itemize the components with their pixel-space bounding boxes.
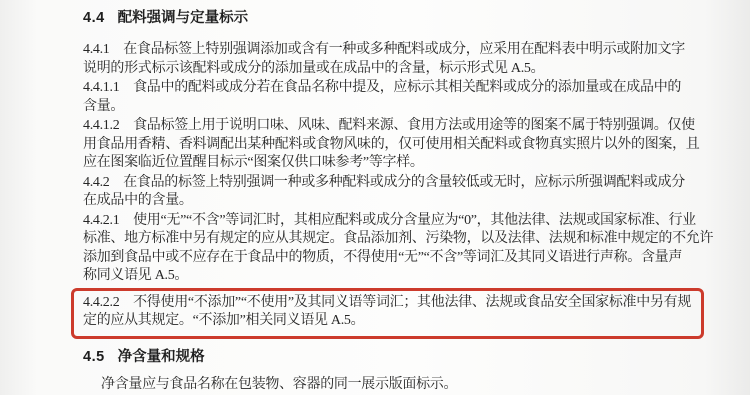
section-title: 净含量和规格 <box>118 349 205 365</box>
clause-paragraph-4.4.1: 4.4.1 在食品标签上特别强调添加或含有一种或多种配料或成分，应采用在配料表中… <box>83 41 743 78</box>
highlight-box-clause-4.4.2.2: 4.4.2.2 不得使用“不添加”“不使用”及其同义语等词汇；其他法律、法规或食… <box>71 288 704 339</box>
clause-paragraph-4.4.1.1: 4.4.1.1 食品中的配料或成分若在食品名称中提及，应标示其相关配料或成分的添… <box>83 79 743 116</box>
text-line: 说明的形式标示该配料或成分的添加量或在成品中的含量，标示形式见 A.5。 <box>83 60 743 79</box>
document-content: 4.4配料强调与定量标示4.4.1 在食品标签上特别强调添加或含有一种或多种配料… <box>83 8 743 395</box>
text-line: 净含量应与食品名称在包装物、容器的同一展示版面标示。 <box>101 376 743 395</box>
section-title: 配料强调与定量标示 <box>118 10 249 26</box>
text-line: 4.4.1 在食品标签上特别强调添加或含有一种或多种配料或成分，应采用在配料表中… <box>83 41 743 60</box>
text-line: 4.4.2.1 使用“无”“不含”等词汇时，其相应配料或成分含量应为“0”，其他… <box>83 212 743 231</box>
text-line: 添加到食品中或不应存在于食品中的物质，不得使用“无”“不含”等词汇及其同义语进行… <box>83 249 743 268</box>
clause-paragraph-4.4.1.2: 4.4.1.2 食品标签上用于说明口味、风味、配料来源、食用方法或用途等的图案不… <box>83 117 743 173</box>
section-number: 4.4 <box>83 10 105 26</box>
clause-paragraph-4.4.2.1: 4.4.2.1 使用“无”“不含”等词汇时，其相应配料或成分含量应为“0”，其他… <box>83 212 743 286</box>
text-line: 含量。 <box>83 98 743 117</box>
text-line: 在成品中的含量。 <box>83 192 743 211</box>
text-line: 定的应从其规定。“不添加”相关同义语见 A.5。 <box>83 312 691 331</box>
text-line: 标准、地方标准中另有规定的应从其规定。食品添加剂、污染物，以及法律、法规和标准中… <box>83 230 743 249</box>
document-page: 4.4配料强调与定量标示4.4.1 在食品标签上特别强调添加或含有一种或多种配料… <box>0 0 750 395</box>
text-line: 4.4.2 在食品的标签上特别强调一种或多种配料或成分的含量较低或无时，应标示所… <box>83 174 743 193</box>
section-number: 4.5 <box>83 349 105 365</box>
text-line: 应在图案临近位置醒目标示“图案仅供口味参考”等字样。 <box>83 154 743 173</box>
text-line: 4.4.1.1 食品中的配料或成分若在食品名称中提及，应标示其相关配料或成分的添… <box>83 79 743 98</box>
text-line: 4.4.2.2 不得使用“不添加”“不使用”及其同义语等词汇；其他法律、法规或食… <box>83 294 691 313</box>
clause-paragraph-4.5-body: 净含量应与食品名称在包装物、容器的同一展示版面标示。 <box>83 376 743 395</box>
section-heading-4.5: 4.5净含量和规格 <box>83 347 743 367</box>
text-line: 用食品用香精、香料调配出某种配料或食物风味的，仅可使用相关配料或食物真实照片以外… <box>83 136 743 155</box>
section-heading-4.4: 4.4配料强调与定量标示 <box>83 8 743 28</box>
text-line: 4.4.1.2 食品标签上用于说明口味、风味、配料来源、食用方法或用途等的图案不… <box>83 117 743 136</box>
text-line: 称同义语见 A.5。 <box>83 267 743 286</box>
clause-paragraph-4.4.2: 4.4.2 在食品的标签上特别强调一种或多种配料或成分的含量较低或无时，应标示所… <box>83 174 743 211</box>
